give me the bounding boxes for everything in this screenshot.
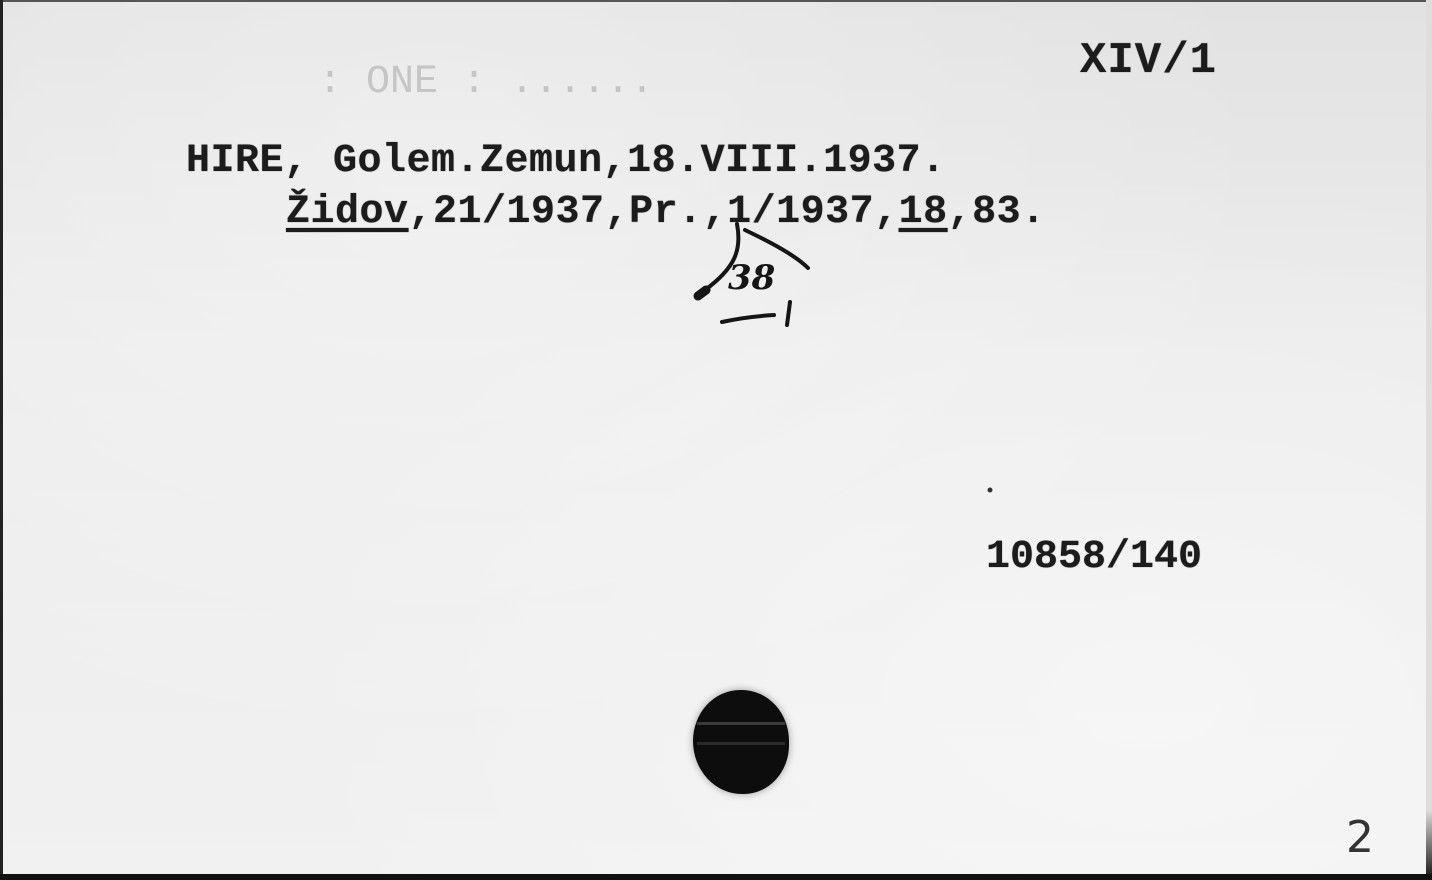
reference-number: 10858/140 [986,535,1202,580]
handwritten-annotation: 38 [728,258,775,298]
punch-hole [693,690,789,794]
index-card: : ONE : ...... XIV/1 HIRE, Golem.Zemun,1… [0,0,1432,880]
page-marker: 2 [1346,812,1374,863]
